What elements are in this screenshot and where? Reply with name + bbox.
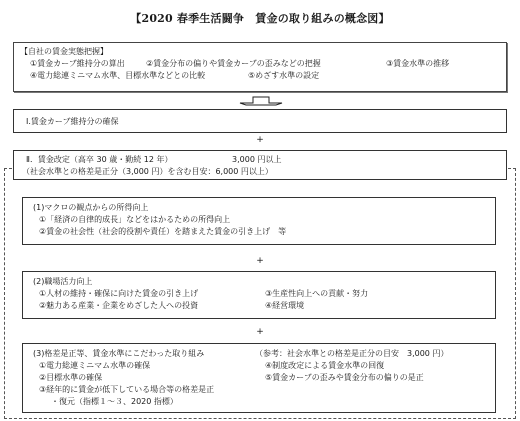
disparity-correction-box: (3)格差是正等、賃金水準にこだわった取り組み （参考：社会水準との格差是正分の… (22, 343, 496, 413)
disparity-item-2: ②目標水準の確保 (39, 372, 265, 384)
workplace-item-3: ③生産性向上への貢献・努力 (265, 288, 368, 300)
plus-sign-2: + (250, 256, 270, 266)
disparity-reference: （参考：社会水準との格差是正分の目安 3,000 円） (255, 348, 448, 360)
disparity-item-1: ①電力総連ミニマム水準の確保 (39, 360, 265, 372)
macro-item-2: ②賃金の社会性（社会的役割や責任）を踏まえた賃金の引き上げ 等 (33, 226, 485, 238)
disparity-heading: (3)格差是正等、賃金水準にこだわった取り組み (33, 348, 255, 360)
section-2-value: 3,000 円以上 (232, 154, 281, 166)
disparity-item-5: ⑤賃金カーブの歪みや賃金分布の偏りの是正 (265, 372, 424, 384)
workplace-heading: (2)職場活力向上 (33, 276, 485, 288)
assessment-heading: 【自社の賃金実態把握】 (20, 46, 500, 58)
section-2-label: Ⅱ．賃金改定（高卒 30 歳・勤続 12 年） (26, 154, 232, 166)
down-arrow-icon (238, 96, 284, 106)
macro-income-box: (1)マクロの観点からの所得向上 ①「経済の自律的成長」などをはかるための所得向… (22, 197, 496, 245)
disparity-item-3-cont: ・復元（指標１～３、2020 指標） (33, 396, 485, 408)
macro-heading: (1)マクロの観点からの所得向上 (33, 202, 485, 214)
section-2-target: （社会水準との格差是正分（3,000 円）を含む目安：6,000 円以上） (22, 166, 494, 178)
plus-sign-1: + (250, 135, 270, 145)
workplace-item-4: ④経営環境 (265, 300, 304, 312)
workplace-item-1: ①人材の維持・確保に向けた賃金の引き上げ (39, 288, 265, 300)
workplace-vitality-box: (2)職場活力向上 ①人材の維持・確保に向けた賃金の引き上げ ③生産性向上への貢… (22, 271, 496, 319)
workplace-item-2: ②魅力ある産業・企業をめざした人への投資 (39, 300, 265, 312)
section-2-box: Ⅱ．賃金改定（高卒 30 歳・勤続 12 年） 3,000 円以上 （社会水準と… (13, 150, 507, 180)
assessment-item-5: ⑤めざす水準の設定 (248, 70, 319, 82)
assessment-item-4: ④電力総連ミニマム水準、目標水準などとの比較 (30, 70, 248, 82)
assessment-item-2: ②賃金分布の偏りや賃金カーブの歪みなどの把握 (146, 58, 386, 70)
section-1-label: Ⅰ.賃金カーブ維持分の確保 (26, 117, 119, 126)
disparity-item-4: ④制度改定による賃金水準の回復 (265, 360, 384, 372)
assessment-item-3: ③賃金水準の推移 (386, 58, 449, 70)
macro-item-1: ①「経済の自律的成長」などをはかるための所得向上 (33, 214, 485, 226)
diagram-title: 【2020 春季生活闘争 賃金の取り組みの概念図】 (0, 10, 520, 26)
disparity-item-3: ③経年的に賃金が低下している場合等の格差是正 (33, 384, 485, 396)
plus-sign-3: + (250, 327, 270, 337)
assessment-item-1: ①賃金カーブ維持分の算出 (30, 58, 146, 70)
wage-assessment-box: 【自社の賃金実態把握】 ①賃金カーブ維持分の算出 ②賃金分布の偏りや賃金カーブの… (13, 42, 507, 92)
section-1-box: Ⅰ.賃金カーブ維持分の確保 (13, 109, 507, 133)
